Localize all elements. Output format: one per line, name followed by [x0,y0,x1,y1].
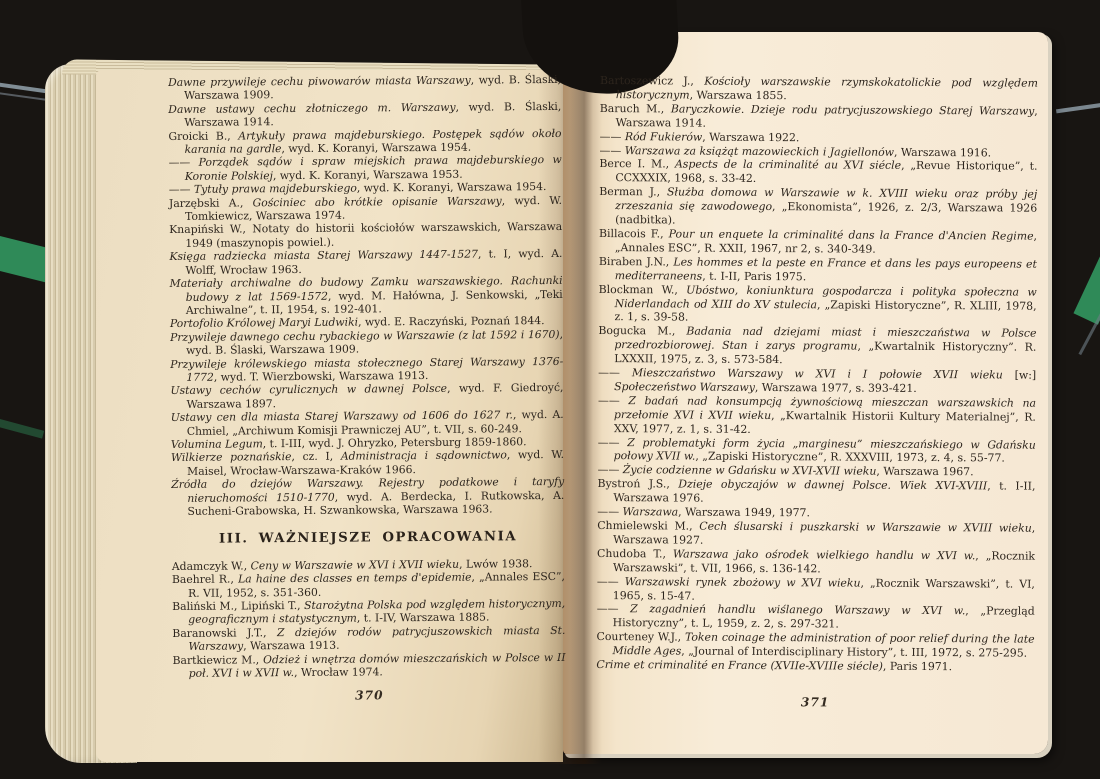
bibliography-entry: Wilkierze poznańskie, cz. I, Administrac… [171,448,564,478]
entry-text-segment: Baliński M., Lipiński T., [172,599,304,613]
entry-text-segment: Billacois F., [599,227,669,240]
entry-text-segment: Berce I. M., [599,157,675,170]
entry-text-segment: , Wrocław 1974. [294,665,383,679]
bibliography-entry: Dawne przywileje cechu piwowarów miasta … [168,73,561,103]
entry-title-segment: Społeczeństwo Warszawy [614,380,755,394]
entry-text-segment: —— [598,463,623,476]
entry-title-segment: Cech ślusarski i puszkarski w Warszawie … [699,520,1032,535]
bibliography-opracowania-list: Adamczyk W., Ceny w Warszawie w XVI i XV… [172,557,566,681]
entry-text-segment: , Warszawa 1949, 1977. [678,506,810,520]
entry-title-segment: Portofolio Królowej Maryi Ludwiki [170,316,358,330]
entry-text-segment: , Warszawa 1967. [876,465,973,479]
bibliography-entry: Jarzębski A., Gościniec abo krótkie opis… [169,194,562,224]
entry-text-segment: Knapiński W., Notaty do historii kościoł… [169,220,562,249]
gray-stripe-left-thin [0,91,48,101]
right-page-text: Bartoszewicz J., Kościoły warszawskie rz… [596,74,1038,724]
bibliography-entry: Crime et criminalité en France (XVIIe-XV… [596,658,1034,675]
entry-text-segment: Bartkiewicz M., [173,653,264,667]
bibliography-entry: Ustawy cen dla miasta Starej Warszawy od… [171,408,564,438]
entry-text-segment: , Lwów 1938. [459,557,532,571]
entry-title-segment: Z zagadnień handlu wiślanego Warszawy w … [630,603,965,618]
entry-text-segment: , „Zapiski Historyczne”, R. XXXVIII, 197… [695,450,1005,465]
bibliography-entry: Baliński M., Lipiński T., Starożytna Pol… [172,597,565,627]
bibliography-entry: Baranowski J.T., Z dziejów rodów patrycj… [172,624,565,654]
bibliography-entry: Księga radziecka miasta Starej Warszawy … [169,247,562,277]
entry-text-segment: —— [597,602,631,615]
entry-text-segment: , t. I-II, Paris 1975. [702,269,806,283]
bibliography-entry: —— Porządek sądów i spraw miejskich praw… [169,153,562,183]
entry-text-segment: , wyd. K. Koranyi, Warszawa 1954. [357,180,547,194]
entry-text-segment: , wyd. K. Koranyi, Warszawa 1953. [273,168,463,182]
bibliography-entry: Berman J., Służba domowa w Warszawie w k… [599,185,1037,229]
entry-title-segment: Przywileje dawnego cechu rybackiego w Wa… [170,328,560,344]
entry-title-segment: Gościniec abo krótkie opisanie Warszawy [253,194,502,209]
entry-text-segment: , cz. I, [291,450,340,463]
entry-text-segment: Berman J., [599,185,667,198]
entry-text-segment: —— [597,505,622,518]
entry-title-segment: La haine des classes en temps d'epidemie [238,571,472,586]
entry-text-segment: , Warszawa 1916. [894,145,991,159]
entry-text-segment: —— [597,575,625,588]
entry-text-segment: —— [600,130,625,143]
entry-title-segment: Ceny w Warszawie w XVI i XVII wieku [251,558,460,573]
bibliography-entry: Groicki B., Artykuły prawa majdeburskieg… [168,127,561,157]
entry-text-segment: Jarzębski A., [169,196,253,210]
left-page-text: Dawne przywileje cechu piwowarów miasta … [168,73,566,717]
entry-title-segment: Tytuły prawa majdeburskiego [194,182,357,196]
bibliography-entry: Przywileje królewskiego miasta stołeczne… [170,354,563,384]
bibliography-entry: Przywileje dawnego cechu rybackiego w Wa… [170,328,563,358]
page-number-right: 371 [596,695,1034,712]
entry-title-segment: Baryczkowie. Dzieje rodu patrycjuszowski… [671,102,1035,117]
entry-text-segment: , „Journal of Interdisciplinary History”… [681,645,1027,660]
bibliography-entry: —— Z zagadnień handlu wiślanego Warszawy… [597,602,1035,632]
entry-title-segment: Les hommes et la peste en France et dans… [615,255,1037,282]
entry-text-segment: —— [598,394,628,407]
entry-text-segment: Blockman W., [599,283,687,297]
bibliography-entry: Bartoszewicz J., Kościoły warszawskie rz… [600,74,1038,104]
bibliography-entry: Blockman W., Ubóstwo, koniunktura gospod… [598,283,1036,327]
bibliography-entry: Chudoba T., Warszawa jako ośrodek wielki… [597,547,1035,577]
entry-text-segment: , wyd. K. Koranyi, Warszawa 1954. [281,141,471,155]
entry-text-segment: Bystroń J.S., [597,477,678,490]
bibliography-entry: Ustawy cechów cyrulicznych w dawnej Pols… [170,381,563,411]
entry-text-segment: Courteney W.J., [597,630,685,644]
entry-title-segment: Ustawy cechów cyrulicznych w dawnej Pols… [170,382,447,397]
bibliography-sources-list: Dawne przywileje cechu piwowarów miasta … [168,73,564,518]
entry-text-segment: —— [599,144,624,157]
bibliography-entry: Chmielewski M., Cech ślusarski i puszkar… [597,519,1035,549]
entry-text-segment: Baranowski J.T., [172,626,277,640]
entry-text-segment: Chmielewski M., [597,519,699,533]
entry-title-segment: Crime et criminalité en France (XVIIe-XV… [596,658,883,673]
entry-title-segment: Dawne ustawy cechu złotniczego m. Warsza… [168,101,455,116]
entry-text-segment: , Warszawa 1922. [702,130,799,144]
entry-title-segment: Volumina Legum [171,437,263,451]
bibliography-entry: —— Warszawski rynek zbożowy w XVI wieku,… [597,575,1035,605]
bibliography-list-right: Bartoszewicz J., Kościoły warszawskie rz… [596,74,1038,675]
entry-title-segment: Wilkierze poznańskie [171,450,292,464]
entry-text-segment: , t. I-IV, Warszawa 1885. [357,611,490,625]
bibliography-entry: Materiały archiwalne do budowy Zamku war… [170,274,563,317]
entry-text-segment: , Warszawa 1977, s. 393-421. [755,381,917,395]
green-accent-left-faint [0,417,44,438]
entry-text-segment: Baruch M., [600,102,671,115]
entry-text-segment: , wyd. E. Raczyński, Poznań 1844. [358,314,545,328]
bibliography-entry: Billacois F., Pour un enquete la crimina… [599,227,1037,257]
entry-text-segment: Baehrel R., [172,573,238,587]
gray-stripe-right [1056,103,1100,114]
entry-text-segment: , Warszawa 1855. [690,88,787,102]
entry-text-segment: , Paris 1971. [883,660,952,673]
bibliography-entry: Courteney W.J., Token coinage the admini… [596,630,1034,660]
green-accent-right [1073,226,1100,324]
entry-text-segment: —— [169,183,194,196]
entry-title-segment: Aspects de la criminalité au XVI siécle [675,158,901,172]
section-heading: III. WAŻNIEJSZE OPRACOWANIA [172,530,565,546]
bibliography-entry: Knapiński W., Notaty do historii kościoł… [169,220,562,250]
entry-title-segment: Warszawa jako ośrodek wielkiego handlu w… [673,547,976,562]
entry-title-segment: Ród Fukierów [625,130,702,143]
entry-text-segment: Bogucka M., [598,324,686,338]
entry-text-segment: Chudoba T., [597,547,673,560]
bibliography-entry: Dawne ustawy cechu złotniczego m. Warsza… [168,100,561,130]
bibliography-entry: Bogucka M., Badania nad dziejami miast i… [598,324,1036,368]
entry-text-segment: [w:] [1003,368,1036,381]
entry-text-segment: , Warszawa 1913. [243,639,339,653]
entry-title-segment: Życie codzienne w Gdańsku w XVI-XVII wie… [623,464,877,479]
gray-stripe-right-lower [1078,308,1100,355]
entry-text-segment: —— [169,156,199,169]
page-number-left: 370 [173,688,566,704]
entry-text-segment: Biraben J.N., [599,255,674,268]
bibliography-entry: —— Mieszczaństwo Warszawy w XVI i I poło… [598,366,1036,396]
entry-title-segment: Administracja i sądownictwo [341,449,507,463]
bibliography-entry: Źródła do dziejów Warszawy. Rejestry pod… [171,475,564,518]
bibliography-entry: Biraben J.N., Les hommes et la peste en … [599,255,1037,285]
bibliography-entry: —— Z badań nad konsumpcją żywnościową mi… [598,394,1036,438]
entry-text-segment: , wyd. T. Wierzbowski, Warszawa 1913. [214,369,429,384]
entry-title-segment: Dzieje obyczajów w dawnej Polsce. Wiek X… [678,478,987,493]
entry-title-segment: Warszawski rynek zbożowy w XVI wieku [625,575,861,589]
entry-title-segment: Warszawa za książąt mazowieckich i Jagie… [625,144,894,159]
bibliography-entry: Baruch M., Baryczkowie. Dzieje rodu patr… [600,102,1038,132]
bibliography-entry: Bartkiewicz M., Odzież i wnętrza domów m… [173,651,566,681]
entry-title-segment: Pour un enquete la criminalité dans la F… [669,227,1034,242]
bibliography-entry: —— Z problematyki form życia „marginesu”… [598,436,1036,466]
entry-text-segment: —— [598,436,628,449]
entry-title-segment: Warszawa [623,505,679,518]
bibliography-entry: Berce I. M., Aspects de la criminalité a… [599,157,1037,187]
bibliography-entry: Bystroń J.S., Dzieje obyczajów w dawnej … [597,477,1035,507]
entry-title-segment: Dawne przywileje cechu piwowarów miasta … [168,74,471,89]
entry-title-segment: Mieszczaństwo Warszawy w XVI i I połowie… [632,366,1003,381]
entry-text-segment: Adamczyk W., [172,559,251,573]
entry-text-segment: —— [598,366,632,379]
bibliography-entry: Baehrel R., La haine des classes en temp… [172,570,565,600]
entry-text-segment: Bartoszewicz J., [600,74,704,88]
entry-text-segment: Groicki B., [168,129,238,143]
entry-title-segment: Księga radziecka miasta Starej Warszawy … [169,248,478,263]
